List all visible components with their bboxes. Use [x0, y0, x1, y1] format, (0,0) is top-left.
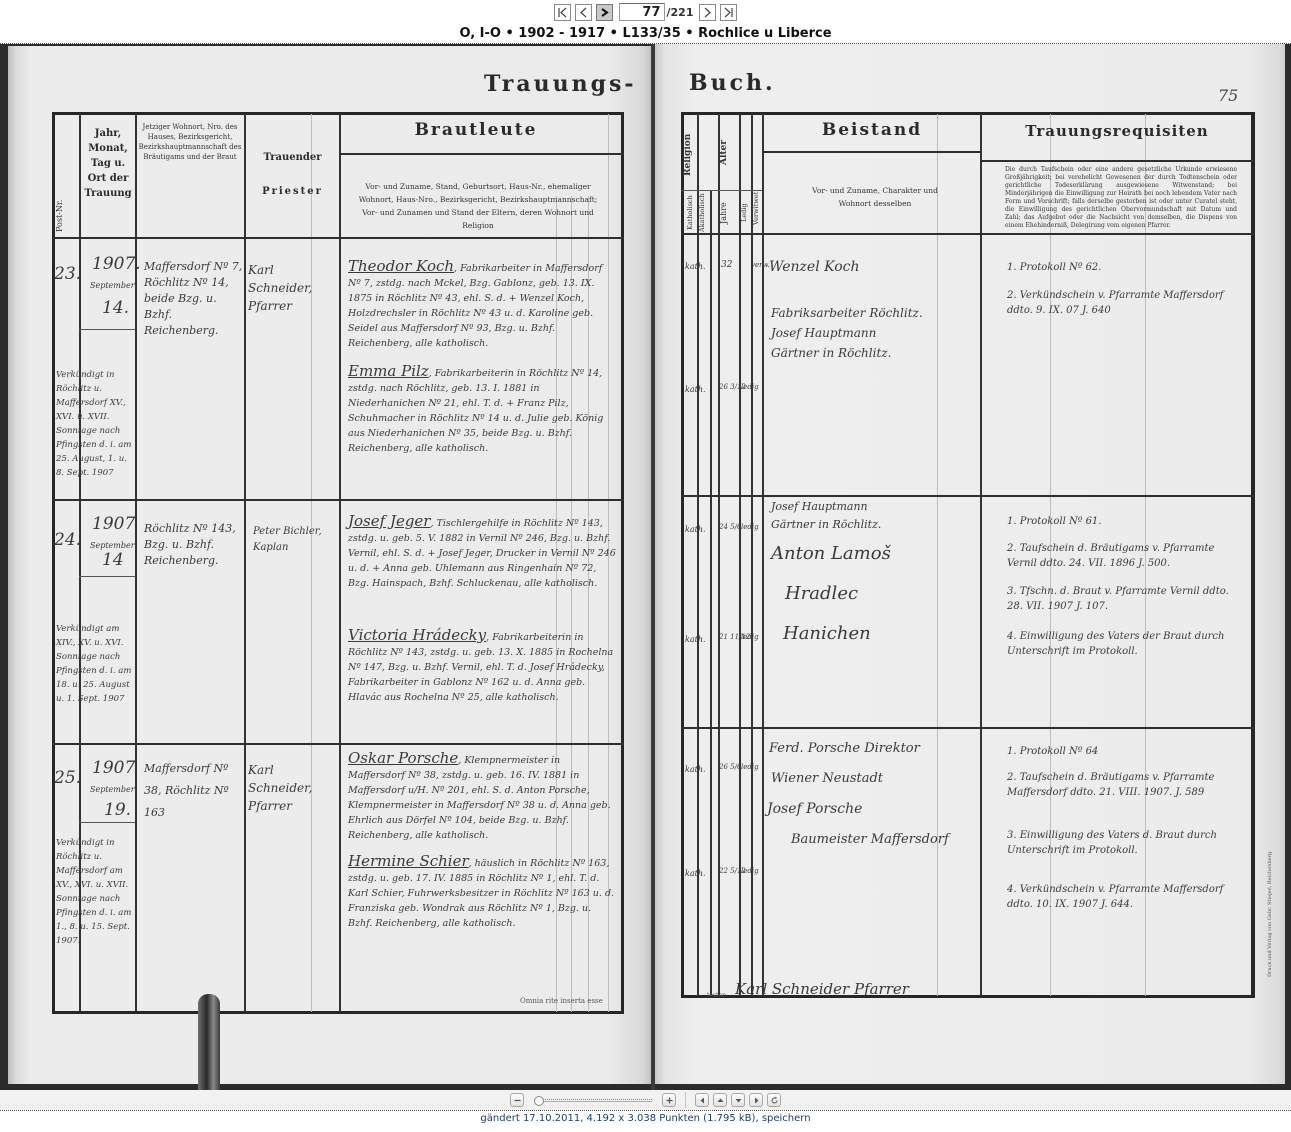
- entry-25-priest: Karl Schneider, Pfarrer: [248, 761, 338, 815]
- entry-25-day: 19.: [104, 800, 131, 820]
- col-divider: [710, 190, 712, 996]
- entry-24-requisite-3: 3. Tfschn. d. Braut v. Pfarramte Vernil …: [1007, 584, 1232, 614]
- entry-25-witness-2-role: Baumeister Maffersdorf: [791, 832, 949, 847]
- entry-25-bride-name: Hermine Schier: [348, 852, 469, 870]
- rotate-button[interactable]: [767, 1093, 781, 1107]
- entry-24-bride-status: ledig: [741, 630, 759, 645]
- viewer-toolbar: [0, 1090, 1291, 1110]
- prev-page-button[interactable]: [575, 4, 592, 21]
- entry-23-bride-status: ledig: [741, 380, 759, 395]
- col-couple-desc: Vor- und Zuname, Stand, Geburtsort, Haus…: [353, 180, 603, 232]
- save-link[interactable]: speichern: [762, 1113, 811, 1124]
- entry-25-bride-religion: kath.: [685, 866, 706, 881]
- entry-23-month: September: [90, 278, 135, 293]
- entry-24-witness-1-role: Gärtner in Röchlitz.: [771, 517, 881, 532]
- zoom-in-button[interactable]: [662, 1093, 676, 1107]
- row-divider: [79, 822, 135, 823]
- entry-25-banns: Verkündigt in Röchlitz u. Maffersdorf am…: [56, 836, 136, 948]
- entry-25-year: 1907: [92, 758, 135, 778]
- entry-24-witness-2: Anton Lamoš: [771, 544, 891, 564]
- next-page-button[interactable]: [699, 4, 716, 21]
- col-divider: [697, 114, 699, 996]
- entry-24-witness-1: Josef Hauptmann: [771, 499, 868, 514]
- entry-25-residence: Maffersdorf Nº 38, Röchlitz Nº 163: [144, 758, 244, 824]
- left-page-heading: Trauungs-: [484, 71, 637, 97]
- row-divider: [681, 495, 1255, 497]
- entry-23-groom-religion: kath.: [685, 259, 706, 274]
- entry-23-witness-1-role: Fabriksarbeiter Röchlitz.: [771, 306, 923, 321]
- entry-24-nr: 24.: [54, 530, 81, 550]
- row-divider: [52, 743, 624, 745]
- entry-25-requisite-1: 1. Protokoll Nº 64: [1007, 744, 1098, 759]
- zoom-in-icon: [665, 1096, 674, 1105]
- row-divider: [79, 576, 135, 577]
- col-witness-title: Beistand: [764, 120, 980, 140]
- entry-25-witness-2: Josef Porsche: [767, 802, 862, 817]
- col-requisites-desc: Die durch Taufschein oder eine andere ge…: [1005, 166, 1237, 230]
- col-priest-bottom: Priester: [246, 184, 339, 199]
- col-residence: Jetziger Wohnort, Nro. des Hauses, Bezir…: [138, 122, 242, 162]
- entry-25-requisite-4: 4. Verkündschein v. Pfarramte Maffersdor…: [1007, 882, 1235, 912]
- col-requisites-title: Trauungsrequisiten: [982, 122, 1252, 140]
- entry-24-day: 14: [102, 550, 124, 570]
- col-witness-desc: Vor- und Zuname, Charakter und Wohnort d…: [805, 184, 945, 210]
- page-indicator: /221: [619, 3, 694, 21]
- entry-25-bride-status: ledig: [741, 864, 759, 879]
- entry-23-groom-status: verw.: [751, 258, 770, 273]
- pan-left-button[interactable]: [695, 1093, 709, 1107]
- entry-23-year: 1907.: [92, 254, 141, 274]
- image-info-status: gändert 17.10.2011, 4.192 x 3.038 Punkte…: [0, 1113, 1291, 1124]
- last-page-icon: [723, 7, 734, 18]
- entry-23-witness-2: Josef Hauptmann: [771, 326, 876, 341]
- entry-25-nr: 25.: [54, 768, 81, 788]
- entry-23-residence: Maffersdorf Nº 7, Röchlitz Nº 14, beide …: [144, 259, 244, 339]
- entry-23-groom-name: Theodor Koch: [348, 257, 454, 275]
- entry-25-witness-1-role: Wiener Neustadt: [771, 771, 883, 786]
- entry-25-groom-details: , Klempnermeister in Maffersdorf Nº 38, …: [348, 755, 611, 841]
- entry-24-residence: Röchlitz Nº 143, Bzg. u. Bzhf. Reichenbe…: [144, 521, 244, 569]
- zoom-slider[interactable]: [534, 1093, 652, 1107]
- pan-right-icon: [752, 1096, 761, 1105]
- entry-24-priest: Peter Bichler, Kaplan: [253, 524, 337, 556]
- entry-25-groom: Oskar Porsche, Klempnermeister in Maffer…: [348, 751, 618, 843]
- zoom-out-icon: [513, 1096, 522, 1105]
- folio-number: 75: [1218, 86, 1238, 105]
- entry-24-bride-name: Victoria Hrádecky: [348, 626, 486, 644]
- row-divider: [681, 233, 1255, 235]
- right-page: Buch. 75 Religion Katholisch Akatholisch…: [655, 44, 1285, 1084]
- image-info-text: gändert 17.10.2011, 4.192 x 3.038 Punkte…: [480, 1113, 761, 1124]
- col-katholisch: Katholisch: [686, 194, 697, 232]
- col-priest-top: Trauender: [246, 150, 339, 165]
- page-number-input[interactable]: [619, 3, 665, 21]
- prev-page-icon: [578, 7, 589, 18]
- next-page-icon: [702, 7, 713, 18]
- col-divider: [762, 114, 764, 996]
- zoom-slider-track: [534, 1099, 652, 1102]
- record-title: O, I-O • 1902 - 1917 • L133/35 • Rochlic…: [0, 26, 1291, 41]
- entry-23-bride-details: , Fabrikarbeiterin in Röchlitz Nº 14, zs…: [348, 368, 603, 454]
- entry-23-priest: Karl Schneider, Pfarrer: [248, 261, 338, 315]
- left-page: Trauungs- Post-Nr. Jahr, Monat, Tag u. O…: [8, 46, 651, 1084]
- entry-24-requisite-4: 4. Einwilligung des Vaters der Braut dur…: [1007, 629, 1235, 659]
- footer-testor-label: testor:: [707, 988, 727, 1003]
- zoom-out-button[interactable]: [510, 1093, 524, 1107]
- entry-25-witness-1: Ferd. Porsche Direktor: [769, 741, 920, 756]
- right-page-heading: Buch.: [689, 70, 776, 96]
- play-button[interactable]: [596, 4, 613, 21]
- row-divider: [339, 153, 624, 155]
- entry-25-groom-age: 26 5/6: [719, 760, 741, 775]
- entry-24-bride: Victoria Hrádecky, Fabrikarbeiterin in R…: [348, 628, 618, 705]
- entry-24-requisite-2: 2. Taufschein d. Bräutigams v. Pfarramte…: [1007, 541, 1232, 571]
- row-divider: [762, 151, 982, 153]
- last-page-button[interactable]: [720, 4, 737, 21]
- entry-24-groom-status: ledig: [741, 520, 759, 535]
- row-divider: [52, 237, 624, 239]
- col-religion: Religion: [683, 122, 697, 188]
- pan-down-icon: [734, 1096, 743, 1105]
- rotate-icon: [770, 1096, 779, 1105]
- page-navigation: /221: [0, 0, 1291, 24]
- entry-25-groom-status: ledig: [741, 760, 759, 775]
- entry-24-witness-4: Hanichen: [783, 624, 871, 644]
- col-couple-title: Brautleute: [341, 120, 611, 140]
- entry-24-banns: Verkündigt am XIV., XV. u. XVI. Sonntage…: [56, 622, 136, 706]
- row-divider: [980, 160, 1255, 162]
- entry-23-witness-2-role: Gärtner in Röchlitz.: [771, 346, 891, 361]
- guide-line: [311, 114, 312, 1012]
- row-divider: [681, 190, 762, 191]
- entry-24-year: 1907: [92, 514, 135, 534]
- first-page-icon: [557, 7, 568, 18]
- book-tab-marker: [198, 994, 220, 1090]
- entry-23-witness-1: Wenzel Koch: [769, 258, 860, 276]
- entry-25-bride: Hermine Schier, häuslich in Röchlitz Nº …: [348, 854, 618, 931]
- col-jahre: Jahre: [719, 194, 739, 232]
- col-akatholisch: Akatholisch: [698, 194, 710, 232]
- entry-24-groom-name: Josef Jeger: [348, 512, 430, 530]
- row-divider: [681, 727, 1255, 729]
- entry-25-requisite-3: 3. Einwilligung des Vaters d. Braut durc…: [1007, 828, 1232, 858]
- entry-25-requisite-2: 2. Taufschein d. Bräutigams v. Pfarramte…: [1007, 770, 1232, 800]
- printer-note: Druck und Verlag von Gebr. Stiepel, Reic…: [1267, 834, 1277, 994]
- entry-23-nr: 23.: [54, 264, 81, 284]
- pan-up-button[interactable]: [713, 1093, 727, 1107]
- pan-right-button[interactable]: [749, 1093, 763, 1107]
- entry-23-requisite-1: 1. Protokoll Nº 62.: [1007, 260, 1101, 275]
- entry-23-groom-details: , Fabrikarbeiter in Maffersdorf Nº 7, zs…: [348, 263, 602, 349]
- entry-24-bride-religion: kath.: [685, 632, 706, 647]
- entry-25-groom-religion: kath.: [685, 762, 706, 777]
- entry-23-bride-name: Emma Pilz: [348, 362, 429, 380]
- col-verwitwet: Verwitwet: [752, 184, 762, 232]
- pan-left-icon: [698, 1096, 707, 1105]
- entry-25-month: September: [90, 782, 135, 797]
- pan-up-icon: [716, 1096, 725, 1105]
- first-page-button[interactable]: [554, 4, 571, 21]
- entry-23-groom: Theodor Koch, Fabrikarbeiter in Maffersd…: [348, 259, 618, 351]
- col-divider: [244, 114, 246, 1012]
- col-divider: [980, 114, 982, 996]
- entry-24-groom-age: 24 5/6: [719, 520, 741, 535]
- divider: [0, 1110, 1291, 1111]
- col-alter: Alter: [719, 122, 739, 182]
- entry-25-groom-name: Oskar Porsche: [348, 749, 458, 767]
- entry-23-banns: Verkündigt in Röchlitz u. Maffersdorf XV…: [56, 368, 136, 480]
- col-post-nr: Post-Nr.: [55, 196, 77, 236]
- footer-signature: Karl Schneider Pfarrer: [735, 980, 909, 998]
- entry-23-requisite-2: 2. Verkündschein v. Pfarramte Maffersdor…: [1007, 288, 1227, 318]
- entry-23-groom-age: 32: [721, 258, 732, 273]
- zoom-slider-thumb[interactable]: [534, 1096, 544, 1106]
- entry-24-witness-3: Hradlec: [785, 584, 858, 604]
- entry-23-day: 14.: [102, 298, 129, 318]
- col-ledig: Ledig: [740, 194, 751, 232]
- pan-down-button[interactable]: [731, 1093, 745, 1107]
- total-pages: /221: [667, 6, 694, 19]
- col-divider: [339, 114, 341, 1012]
- col-date: Jahr, Monat, Tag u. Ort der Trauung: [81, 126, 135, 201]
- scan-viewport[interactable]: Trauungs- Post-Nr. Jahr, Monat, Tag u. O…: [0, 44, 1291, 1090]
- entry-23-bride: Emma Pilz, Fabrikarbeiterin in Röchlitz …: [348, 364, 618, 456]
- toolbar-separator: [685, 1092, 686, 1108]
- footer-attestation: Omnia rite inserta esse: [520, 994, 603, 1009]
- entry-24-requisite-1: 1. Protokoll Nº 61.: [1007, 514, 1101, 529]
- entry-24-groom-religion: kath.: [685, 522, 706, 537]
- entry-24-groom: Josef Jeger, Tischlergehilfe in Röchlitz…: [348, 514, 618, 591]
- row-divider: [52, 499, 624, 501]
- play-icon: [599, 7, 610, 18]
- guide-line: [937, 114, 938, 996]
- entry-23-bride-religion: kath.: [685, 382, 706, 397]
- row-divider: [79, 329, 135, 330]
